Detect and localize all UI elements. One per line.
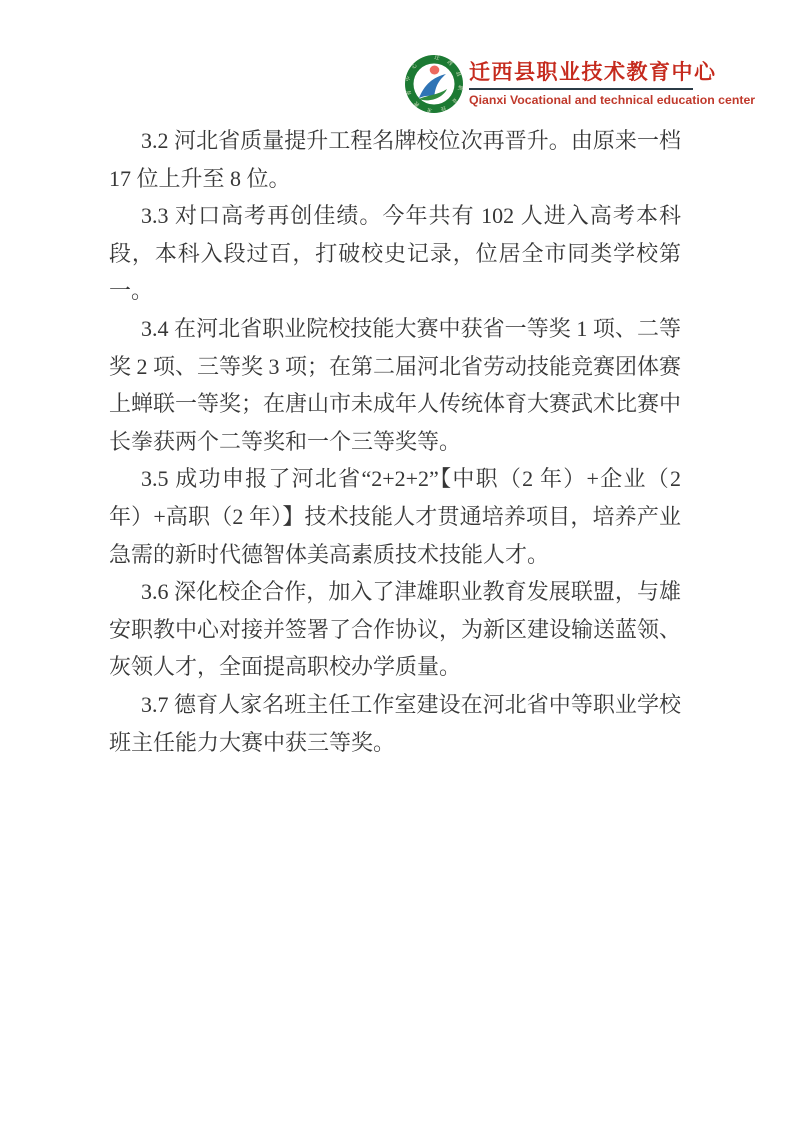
school-name-en: Qianxi Vocational and technical educatio… xyxy=(469,93,693,107)
paragraph-3-6: 3.6 深化校企合作，加入了津雄职业教育发展联盟，与雄安职教中心对接并签署了合作… xyxy=(109,573,681,686)
paragraph-3-7: 3.7 德育人家名班主任工作室建设在河北省中等职业学校班主任能力大赛中获三等奖。 xyxy=(109,686,681,761)
letterhead: 迁西县职业技术教育中心 迁西县职业技术教育中心 Qianxi Vocationa… xyxy=(404,54,693,114)
paragraph-3-2: 3.2 河北省质量提升工程名牌校位次再晋升。由原来一档 17 位上升至 8 位。 xyxy=(109,122,681,197)
document-page: 迁西县职业技术教育中心 迁西县职业技术教育中心 Qianxi Vocationa… xyxy=(0,0,794,1123)
letterhead-divider xyxy=(469,88,693,90)
paragraph-3-3: 3.3 对口高考再创佳绩。今年共有 102 人进入高考本科段，本科入段过百，打破… xyxy=(109,197,681,310)
logo-sun-dot-icon xyxy=(430,66,440,75)
document-body: 3.2 河北省质量提升工程名牌校位次再晋升。由原来一档 17 位上升至 8 位。… xyxy=(109,122,681,761)
letterhead-title-block: 迁西县职业技术教育中心 Qianxi Vocational and techni… xyxy=(469,54,693,107)
paragraph-3-4: 3.4 在河北省职业院校技能大赛中获省一等奖 1 项、二等奖 2 项、三等奖 3… xyxy=(109,310,681,460)
school-name-cn: 迁西县职业技术教育中心 xyxy=(469,59,693,85)
school-logo-icon: 迁西县职业技术教育中心 xyxy=(404,54,464,114)
paragraph-3-5: 3.5 成功申报了河北省“2+2+2”【中职（2 年）+企业（2 年）+高职（2… xyxy=(109,460,681,573)
